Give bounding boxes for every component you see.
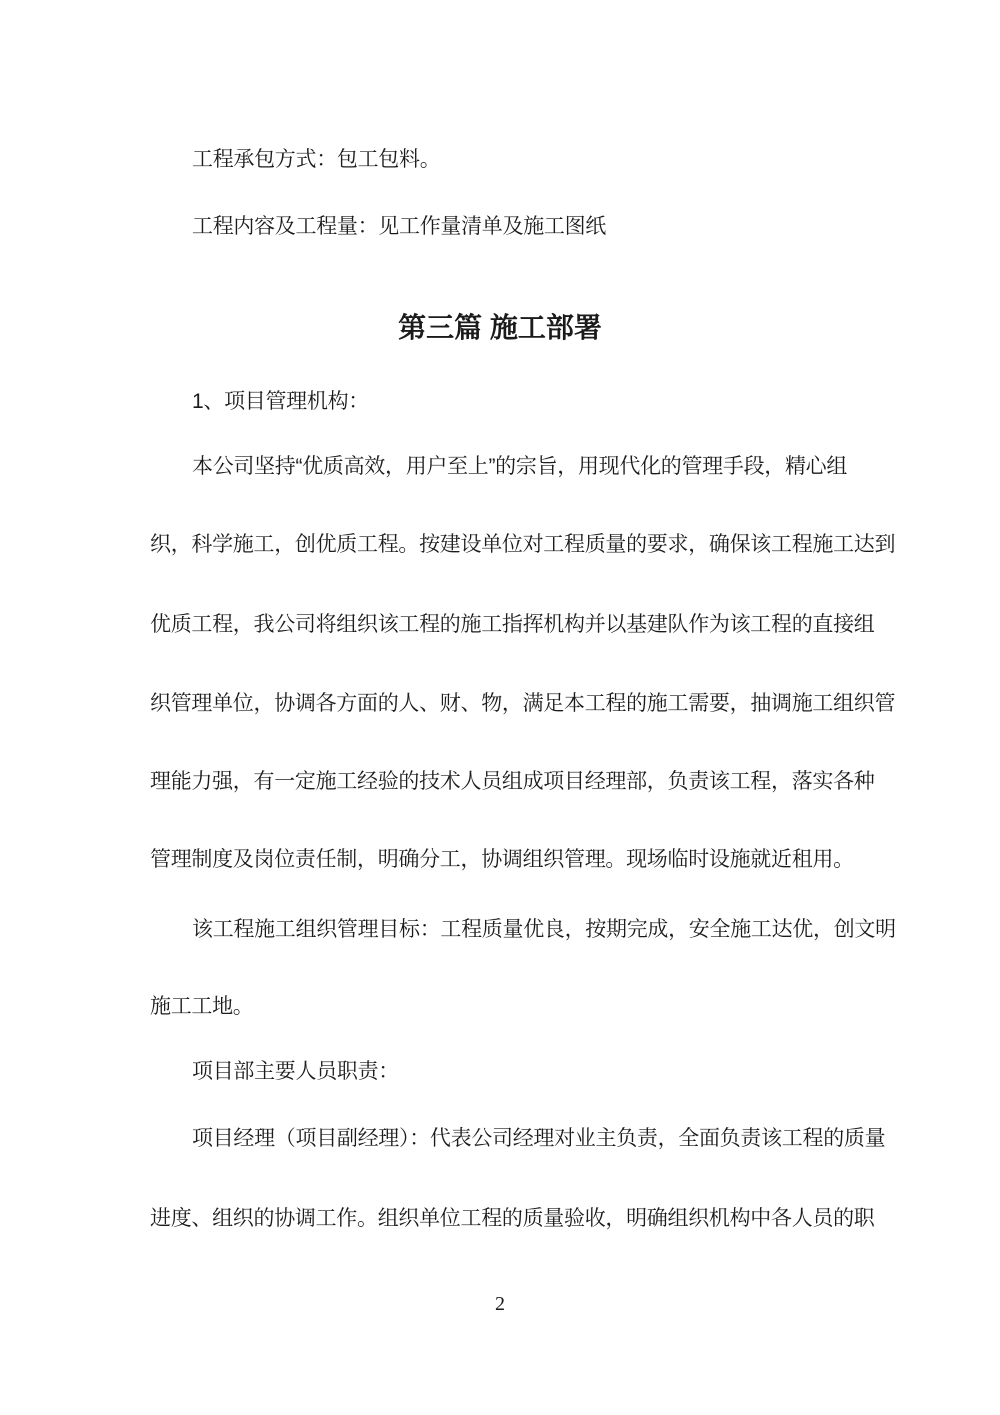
paragraph-pm-duties-line-1: 项目经理（项目副经理）：代表公司经理对业主负责，全面负责该工程的质量 xyxy=(192,1125,885,1152)
paragraph-management-line-4: 织管理单位，协调各方面的人、财、物，满足本工程的施工需要，抽调施工组织管 xyxy=(150,690,895,717)
paragraph-goals-line-1: 该工程施工组织管理目标：工程质量优良，按期完成，安全施工达优，创文明 xyxy=(192,916,896,943)
line-item1-title: 1、项目管理机构： xyxy=(192,388,369,415)
line-staff-duties-title: 项目部主要人员职责： xyxy=(192,1058,399,1085)
line-contract-method: 工程承包方式：包工包料。 xyxy=(192,146,440,173)
paragraph-management-line-2: 织，科学施工，创优质工程。按建设单位对工程质量的要求，确保该工程施工达到 xyxy=(150,531,895,558)
line-work-content: 工程内容及工程量：见工作量清单及施工图纸 xyxy=(192,213,606,240)
paragraph-goals-line-2: 施工工地。 xyxy=(150,993,254,1020)
paragraph-management-line-3: 优质工程，我公司将组织该工程的施工指挥机构并以基建队作为该工程的直接组 xyxy=(150,611,875,638)
paragraph-management-line-1: 本公司坚持“优质高效，用户至上”的宗旨，用现代化的管理手段，精心组 xyxy=(192,453,847,480)
paragraph-management-line-6: 管理制度及岗位责任制，明确分工，协调组织管理。现场临时设施就近租用。 xyxy=(150,846,854,873)
paragraph-pm-duties-line-2: 进度、组织的协调工作。组织单位工程的质量验收，明确组织机构中各人员的职 xyxy=(150,1205,875,1232)
document-page: 工程承包方式：包工包料。 工程内容及工程量：见工作量清单及施工图纸 第三篇 施工… xyxy=(0,0,1000,1415)
section-heading: 第三篇 施工部署 xyxy=(0,311,1000,345)
page-number: 2 xyxy=(0,1292,1000,1316)
paragraph-management-line-5: 理能力强，有一定施工经验的技术人员组成项目经理部，负责该工程，落实各种 xyxy=(150,768,875,795)
